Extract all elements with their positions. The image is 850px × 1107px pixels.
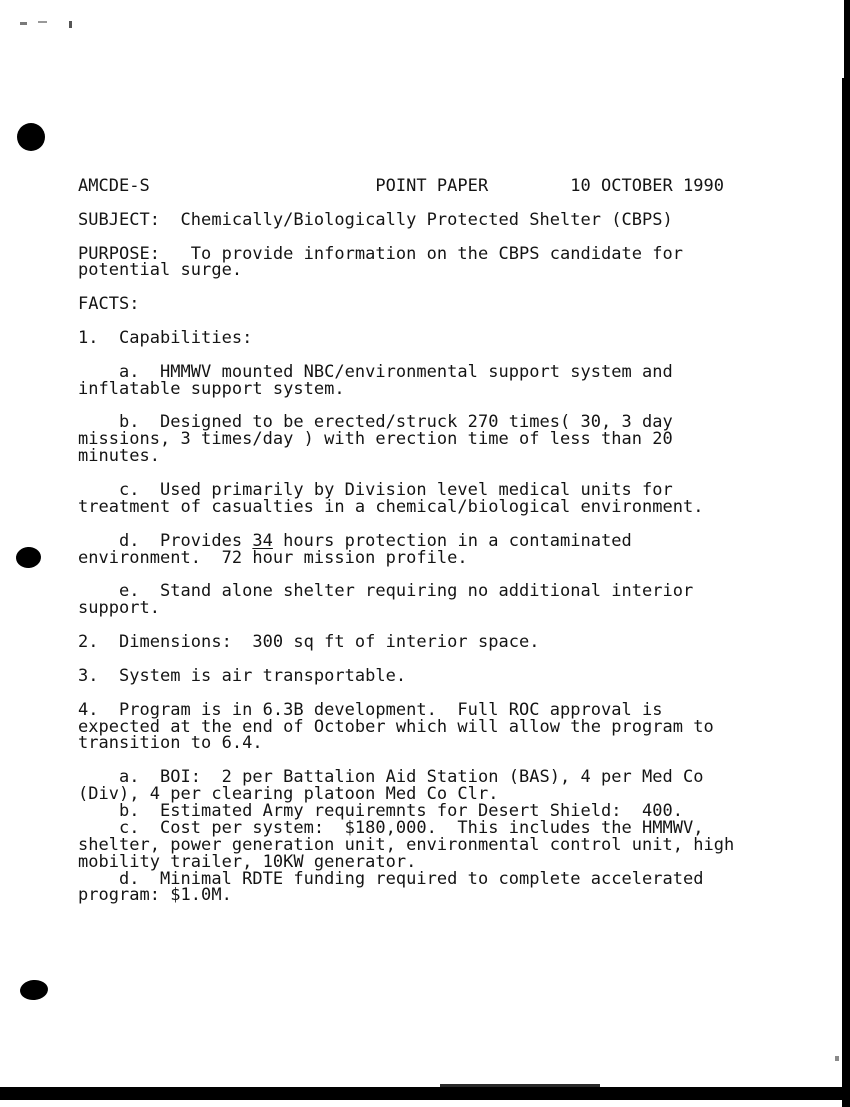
scan-speck xyxy=(69,21,72,28)
scan-edge-right xyxy=(842,0,850,1107)
scan-edge-bottom xyxy=(0,1087,850,1100)
document-line: transition to 6.4. xyxy=(78,735,734,752)
hole-punch-top xyxy=(17,123,45,151)
document-line: treatment of casualties in a chemical/bi… xyxy=(78,499,734,516)
document-line: inflatable support system. xyxy=(78,381,734,398)
document-line: missions, 3 times/day ) with erection ti… xyxy=(78,431,734,448)
document-line: SUBJECT: Chemically/Biologically Protect… xyxy=(78,212,734,229)
document-line: AMCDE-S POINT PAPER 10 OCTOBER 1990 xyxy=(78,178,734,195)
document-line: 3. System is air transportable. xyxy=(78,668,734,685)
document-line: support. xyxy=(78,600,734,617)
scan-speck xyxy=(835,1056,839,1061)
scanned-page: AMCDE-S POINT PAPER 10 OCTOBER 1990SUBJE… xyxy=(0,0,850,1107)
document-line: 2. Dimensions: 300 sq ft of interior spa… xyxy=(78,634,734,651)
scan-edge-notch xyxy=(841,0,844,78)
document-lines: AMCDE-S POINT PAPER 10 OCTOBER 1990SUBJE… xyxy=(78,178,734,904)
document-line: environment. 72 hour mission profile. xyxy=(78,550,734,567)
document-line: minutes. xyxy=(78,448,734,465)
document-line xyxy=(78,279,734,296)
document-line: FACTS: xyxy=(78,296,734,313)
hole-punch-middle xyxy=(15,546,41,569)
scan-speck xyxy=(20,22,27,25)
document-line: program: $1.0M. xyxy=(78,887,734,904)
document-line: potential surge. xyxy=(78,262,734,279)
hole-punch-bottom xyxy=(19,979,49,1001)
document-line: e. Stand alone shelter requiring no addi… xyxy=(78,583,734,600)
document-line: 1. Capabilities: xyxy=(78,330,734,347)
scan-speck xyxy=(38,21,47,23)
